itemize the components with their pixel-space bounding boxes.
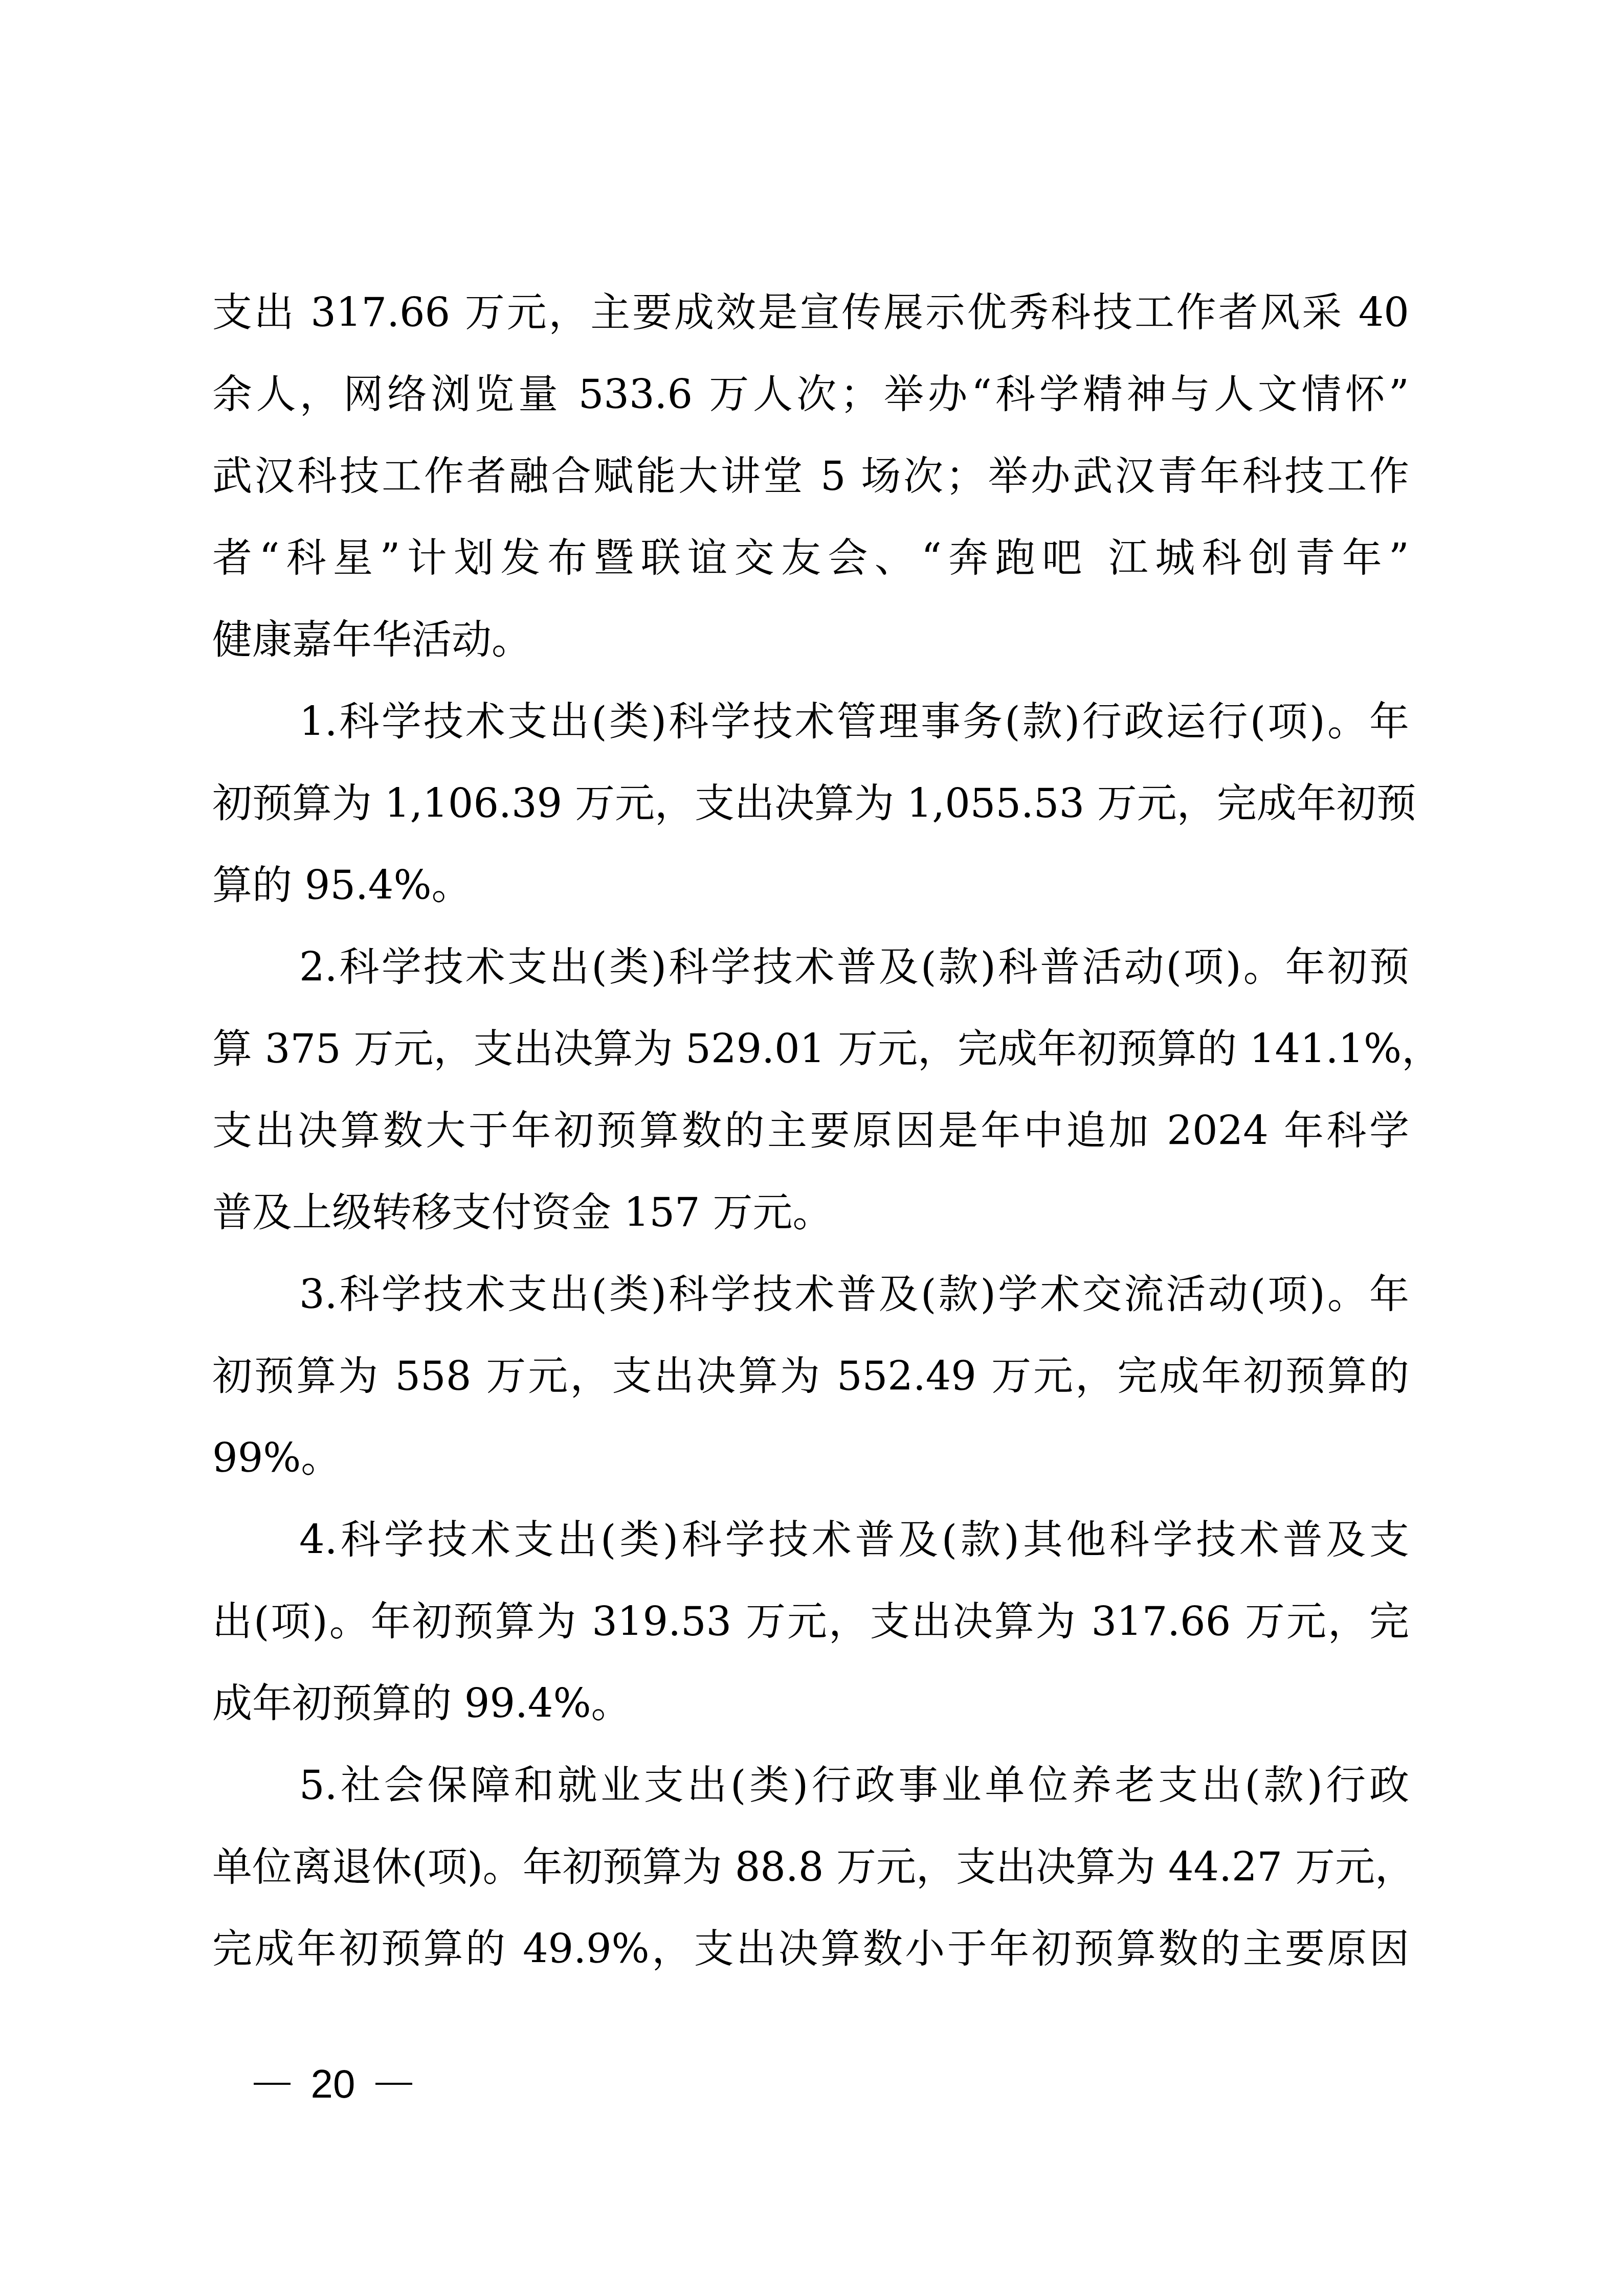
paragraph-item-2: 2.科学技术支出(类)科学技术普及(款)科普活动(项)。年初预 算 375 万元… <box>212 927 1409 1254</box>
text-line: 者“科星”计划发布暨联谊交友会、“奔跑吧 江城科创青年” <box>212 517 1409 599</box>
paragraph-item-5: 5.社会保障和就业支出(类)行政事业单位养老支出(款)行政 单位离退休(项)。年… <box>212 1745 1409 1990</box>
text-line: 1.科学技术支出(类)科学技术管理事务(款)行政运行(项)。年 <box>212 681 1409 763</box>
text-line: 初预算为 1,106.39 万元，支出决算为 1,055.53 万元，完成年初预 <box>212 763 1409 845</box>
em-dash-right <box>375 2083 412 2085</box>
text-line: 武汉科技工作者融合赋能大讲堂 5 场次；举办武汉青年科技工作 <box>212 436 1409 517</box>
paragraph-item-1: 1.科学技术支出(类)科学技术管理事务(款)行政运行(项)。年 初预算为 1,1… <box>212 681 1409 927</box>
paragraph-item-4: 4.科学技术支出(类)科学技术普及(款)其他科学技术普及支 出(项)。年初预算为… <box>212 1499 1409 1745</box>
document-page: 支出 317.66 万元，主要成效是宣传展示优秀科技工作者风采 40 余人，网络… <box>0 0 1624 2296</box>
text-line: 算的 95.4%。 <box>212 845 1409 927</box>
text-line: 单位离退休(项)。年初预算为 88.8 万元，支出决算为 44.27 万元， <box>212 1827 1409 1908</box>
text-line: 支出决算数大于年初预算数的主要原因是年中追加 2024 年科学 <box>212 1090 1409 1172</box>
text-line: 3.科学技术支出(类)科学技术普及(款)学术交流活动(项)。年 <box>212 1254 1409 1336</box>
text-line: 完成年初预算的 49.9%，支出决算数小于年初预算数的主要原因 <box>212 1908 1409 1990</box>
text-line: 5.社会保障和就业支出(类)行政事业单位养老支出(款)行政 <box>212 1745 1409 1827</box>
text-line: 初预算为 558 万元，支出决算为 552.49 万元，完成年初预算的 <box>212 1336 1409 1417</box>
body-text: 支出 317.66 万元，主要成效是宣传展示优秀科技工作者风采 40 余人，网络… <box>212 272 1409 1990</box>
text-line: 余人，网络浏览量 533.6 万人次；举办“科学精神与人文情怀” <box>212 354 1409 436</box>
text-line: 健康嘉年华活动。 <box>212 599 1409 681</box>
em-dash-left <box>254 2083 291 2085</box>
page-number: 20 <box>254 2061 412 2107</box>
page-number-value: 20 <box>311 2061 355 2107</box>
text-line: 普及上级转移支付资金 157 万元。 <box>212 1172 1409 1254</box>
text-line: 4.科学技术支出(类)科学技术普及(款)其他科学技术普及支 <box>212 1499 1409 1581</box>
text-line: 出(项)。年初预算为 319.53 万元，支出决算为 317.66 万元，完 <box>212 1581 1409 1663</box>
text-line: 支出 317.66 万元，主要成效是宣传展示优秀科技工作者风采 40 <box>212 272 1409 354</box>
paragraph-achievements: 支出 317.66 万元，主要成效是宣传展示优秀科技工作者风采 40 余人，网络… <box>212 272 1409 681</box>
text-line: 成年初预算的 99.4%。 <box>212 1663 1409 1745</box>
paragraph-item-3: 3.科学技术支出(类)科学技术普及(款)学术交流活动(项)。年 初预算为 558… <box>212 1254 1409 1499</box>
text-line: 2.科学技术支出(类)科学技术普及(款)科普活动(项)。年初预 <box>212 927 1409 1008</box>
text-line: 99%。 <box>212 1417 1409 1499</box>
text-line: 算 375 万元，支出决算为 529.01 万元，完成年初预算的 141.1%， <box>212 1008 1409 1090</box>
